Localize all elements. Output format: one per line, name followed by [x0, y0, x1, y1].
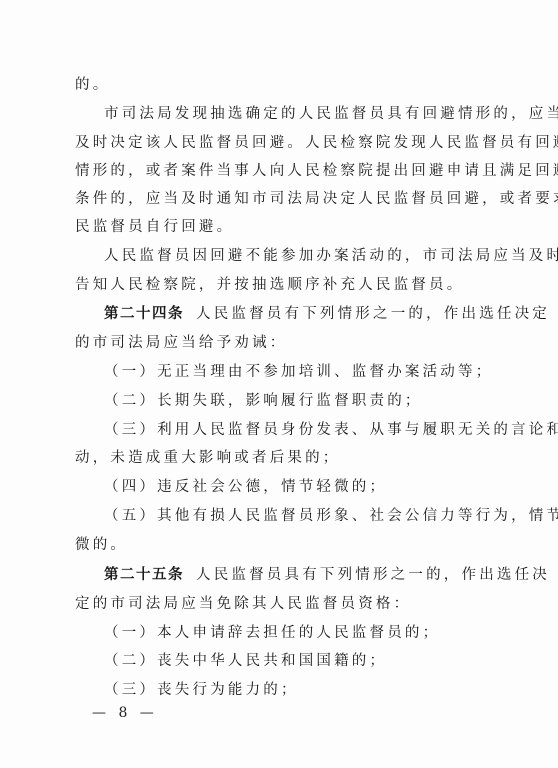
text-line: 情形的，或者案件当事人向人民检察院提出回避申请且满足回避 [75, 162, 480, 180]
article-25-first-line: 第二十五条人民监督员具有下列情形之一的，作出选任决 [104, 566, 509, 584]
text-line: 民监督员自行回避。 [75, 218, 480, 236]
document-page: 的。 市司法局发现抽选确定的人民监督员具有回避情形的，应当 及时决定该人民监督员… [0, 0, 558, 768]
article-25-text: 人民监督员具有下列情形之一的，作出选任决 [196, 567, 550, 583]
page-number: — 8 — [92, 705, 158, 721]
paragraph-start: 市司法局发现抽选确定的人民监督员具有回避情形的，应当 [104, 105, 509, 123]
text-line: 微的。 [75, 536, 480, 554]
text-line: 及时决定该人民监督员回避。人民检察院发现人民监督员有回避 [75, 134, 480, 152]
article-24-heading: 第二十四条 [104, 305, 184, 322]
list-item: （五）其他有损人民监督员形象、社会公信力等行为，情节轻 [104, 507, 509, 525]
text-line: 定的市司法局应当免除其人民监督员资格： [75, 595, 480, 613]
text-line: 的市司法局应当给予劝诫： [75, 334, 480, 352]
paragraph-start: 人民监督员因回避不能参加办案活动的，市司法局应当及时 [104, 247, 509, 265]
list-item: （三）丧失行为能力的； [104, 681, 509, 699]
list-item: （三）利用人民监督员身份发表、从事与履职无关的言论和活 [104, 421, 509, 439]
list-item: （二）丧失中华人民共和国国籍的； [104, 652, 509, 670]
article-24-text: 人民监督员有下列情形之一的，作出选任决定 [196, 306, 550, 322]
text-line: 条件的，应当及时通知市司法局决定人民监督员回避，或者要求人 [75, 190, 480, 208]
list-item: （一）本人申请辞去担任的人民监督员的； [104, 624, 509, 642]
list-item: （一）无正当理由不参加培训、监督办案活动等； [104, 363, 509, 381]
text-line: 的。 [75, 76, 480, 94]
text-line: 动，未造成重大影响或者后果的； [75, 449, 480, 467]
article-25-heading: 第二十五条 [104, 566, 184, 583]
text-line: 告知人民检察院，并按抽选顺序补充人民监督员。 [75, 276, 480, 294]
list-item: （四）违反社会公德，情节轻微的； [104, 478, 509, 496]
list-item: （二）长期失联，影响履行监督职责的； [104, 392, 509, 410]
article-24-first-line: 第二十四条人民监督员有下列情形之一的，作出选任决定 [104, 305, 509, 323]
